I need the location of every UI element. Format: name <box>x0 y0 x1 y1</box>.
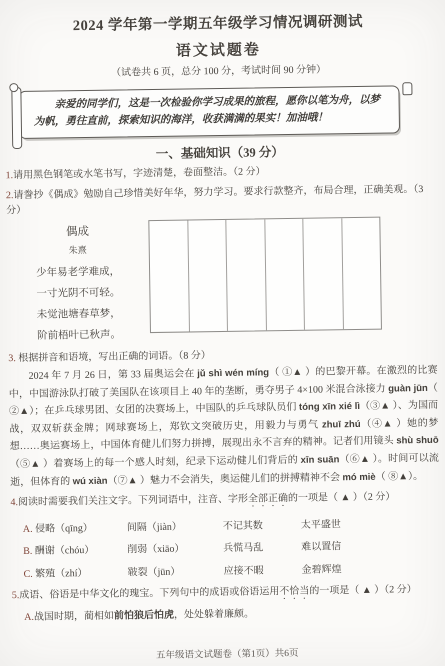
option-label: C. <box>23 569 35 580</box>
question-4: 4.阅读时需要我们关注文字。下列词语中，注音、字形全部正确的一项是（ ▲ ）（2… <box>10 489 439 513</box>
section-1-heading: 一、基础知识（39 分） <box>5 142 434 164</box>
poem-block: 偶成 朱熹 少年易老学难成，一寸光阴不可轻。未觉池塘春草梦，阶前梧叶已秋声。 <box>6 219 150 347</box>
question-5-text-emphasis: 不恰当 <box>279 585 309 596</box>
question-5: 5.成语、俗语是中华文化的瑰宝。下列句中的成语或俗语运用不恰当的一项是（ ▲ ）… <box>12 581 441 605</box>
option-row: C. 繁殖（zhí）皲裂（jūn）应接不暇金碧辉煌 <box>23 555 440 584</box>
scroll-roll-icon <box>11 87 22 149</box>
option-cell: C. 繁殖（zhí） <box>23 563 127 580</box>
question-3-passage: 2024 年 7 月 26 日，第 33 届奥运会在 jǔ shì wén mí… <box>8 362 439 492</box>
greeting-banner: 亲爱的同学们，这是一次检验你学习成果的旅程，愿你以笔为舟，以梦为帆，勇往直前，探… <box>18 85 400 139</box>
copy-grid-cell <box>226 219 266 331</box>
option-cell: 兵慌马乱 <box>223 538 301 554</box>
passage-blank: （⑤▲ ） <box>10 458 54 470</box>
question-5-option-a-pre: 战国时期，蔺相如 <box>34 610 114 622</box>
question-5-text-pre: 成语、俗语是中华文化的瑰宝。下列句中的成语或俗语运用 <box>19 586 279 601</box>
question-2-text: 请誊抄《偶成》勉励自己珍惜美好年华，努力学习。要求行款整齐，布局合理，正确美观。… <box>6 184 423 217</box>
question-5-option-a-bold: 前怕狼后怕虎 <box>114 609 174 621</box>
banner-box: 亲爱的同学们，这是一次检验你学习成果的旅程，愿你以笔为舟，以梦为帆，勇往直前，探… <box>18 85 400 139</box>
question-1: 1.请用黑色钢笔或水笔书写，字迹清楚，卷面整洁。（2 分） <box>6 162 435 184</box>
poem-title: 偶成 <box>6 222 148 243</box>
passage-blank: （④▲ ） <box>361 418 408 430</box>
passage-blank: （⑦▲ ） <box>107 475 150 487</box>
scroll-knob-icon <box>9 83 18 92</box>
question-5-option-a-label: A. <box>24 611 34 622</box>
exam-paper-page: 2024 学年第一学期五年级学习情况调研测试 语文试题卷 （试卷共 6 页，总分… <box>0 0 445 666</box>
poem-line: 未觉池塘春草梦， <box>8 303 150 326</box>
passage-pinyin: xīn suān <box>301 454 340 466</box>
question-2: 2.请誊抄《偶成》勉励自己珍惜美好年华，努力学习。要求行款整齐，布局合理，正确美… <box>6 181 435 218</box>
option-cell: 太平盛世 <box>301 514 440 531</box>
option-label: B. <box>23 546 35 557</box>
question-3-text: 根据拼音和语境，写出正确的词语。（8 分） <box>18 350 211 364</box>
banner-message: 亲爱的同学们，这是一次检验你学习成果的旅程，愿你以笔为舟，以梦为帆，勇往直前，探… <box>33 92 386 131</box>
question-4-number: 4. <box>10 497 18 508</box>
option-cell: 金碧辉煌 <box>301 559 440 576</box>
passage-pinyin: tóng xīn xié lì <box>299 401 360 413</box>
copy-grid-cell <box>303 218 343 330</box>
option-cell: A. 侵略（qīng） <box>23 518 127 535</box>
passage-pinyin: shù shuō <box>396 435 439 447</box>
passage-blank: （ ①▲ ） <box>269 367 315 379</box>
poem-author: 朱熹 <box>7 242 149 259</box>
poem-and-copy-grid: 偶成 朱熹 少年易老学难成，一寸光阴不可轻。未觉池塘春草梦，阶前梧叶已秋声。 <box>6 214 437 346</box>
passage-pinyin: guàn jūn <box>388 383 428 395</box>
page-title: 2024 学年第一学期五年级学习情况调研测试 <box>3 11 432 37</box>
passage-text: ；在乒乓球男团、女团的决赛场上，中国队的乒乓球队员们 <box>34 402 299 417</box>
passage-text: 魅力不会消失，奥运健儿们的拼搏精神不会 <box>150 472 343 486</box>
handwriting-copy-grid <box>148 216 382 332</box>
passage-text: 着赛场上的每一个感人时刻，纪录下运动健儿们背后的 <box>53 455 300 470</box>
poem-line: 一寸光阴不可轻。 <box>7 282 149 305</box>
option-cell: 间隔（jiàn） <box>127 517 223 533</box>
option-cell: 皲裂（jūn） <box>127 562 223 578</box>
poem-line: 阶前梧叶已秋声。 <box>8 324 150 347</box>
exam-info-line: （试卷共 6 页，总分 100 分，考试时间 90 分钟） <box>4 63 433 81</box>
question-4-options: A. 侵略（qīng）间隔（jiàn）不记其数太平盛世B. 酬谢（chóu）削弱… <box>23 510 441 584</box>
question-4-text-emphasis: 全部正确 <box>248 493 288 505</box>
passage-text: 2024 年 7 月 26 日，第 33 届奥运会在 <box>29 368 198 382</box>
question-5-option-a-post: ，处处躲着廉颇。 <box>174 608 254 620</box>
option-cell: 难以置信 <box>301 536 440 553</box>
copy-grid-cell <box>265 218 305 330</box>
question-3-number: 3. <box>8 353 16 364</box>
passage-text: 。 <box>413 471 423 482</box>
question-4-text-post: 的一项是（ ▲ ）（2 分） <box>288 492 396 505</box>
scroll-curl-icon <box>402 82 412 95</box>
passage-blank: （⑥▲ ） <box>339 454 378 466</box>
copy-grid-cell <box>149 220 189 332</box>
question-1-text: 请用黑色钢笔或水笔书写，字迹清楚，卷面整洁。（2 分） <box>13 166 266 181</box>
passage-pinyin: jǔ shì wén míng <box>197 367 269 379</box>
poem-lines: 少年易老学难成，一寸光阴不可轻。未觉池塘春草梦，阶前梧叶已秋声。 <box>7 261 150 347</box>
option-cell: 削弱（xiāo） <box>127 539 223 555</box>
question-5-option-a: A.战国时期，蔺相如前怕狼后怕虎，处处躲着廉颇。 <box>24 603 441 625</box>
question-2-number: 2. <box>6 190 14 201</box>
question-4-text-pre: 阅读时需要我们关注文字。下列词语中，注音、字形 <box>18 494 248 508</box>
page-footer: 五年级语文试题卷（第1页）共6页 <box>13 643 442 663</box>
option-cell: B. 酬谢（chóu） <box>23 541 127 558</box>
copy-grid-cell <box>342 217 381 329</box>
passage-pinyin: wú xiàn <box>73 475 108 487</box>
question-5-number: 5. <box>12 590 20 601</box>
option-label: A. <box>23 524 35 535</box>
passage-pinyin: mó miè <box>342 471 375 482</box>
question-1-number: 1. <box>6 170 14 181</box>
option-cell: 应接不暇 <box>223 561 301 577</box>
passage-blank: （③▲ ） <box>360 401 398 413</box>
question-5-text-post: 的一项是（ ▲ ）（2 分） <box>309 584 417 597</box>
passage-blank: （ ⑧▲） <box>376 471 414 483</box>
page-subtitle: 语文试题卷 <box>4 39 433 63</box>
poem-line: 少年易老学难成， <box>7 261 149 284</box>
passage-pinyin: zhuī zhú <box>322 419 361 431</box>
copy-grid-cell <box>188 219 228 331</box>
option-cell: 不记其数 <box>223 516 301 532</box>
